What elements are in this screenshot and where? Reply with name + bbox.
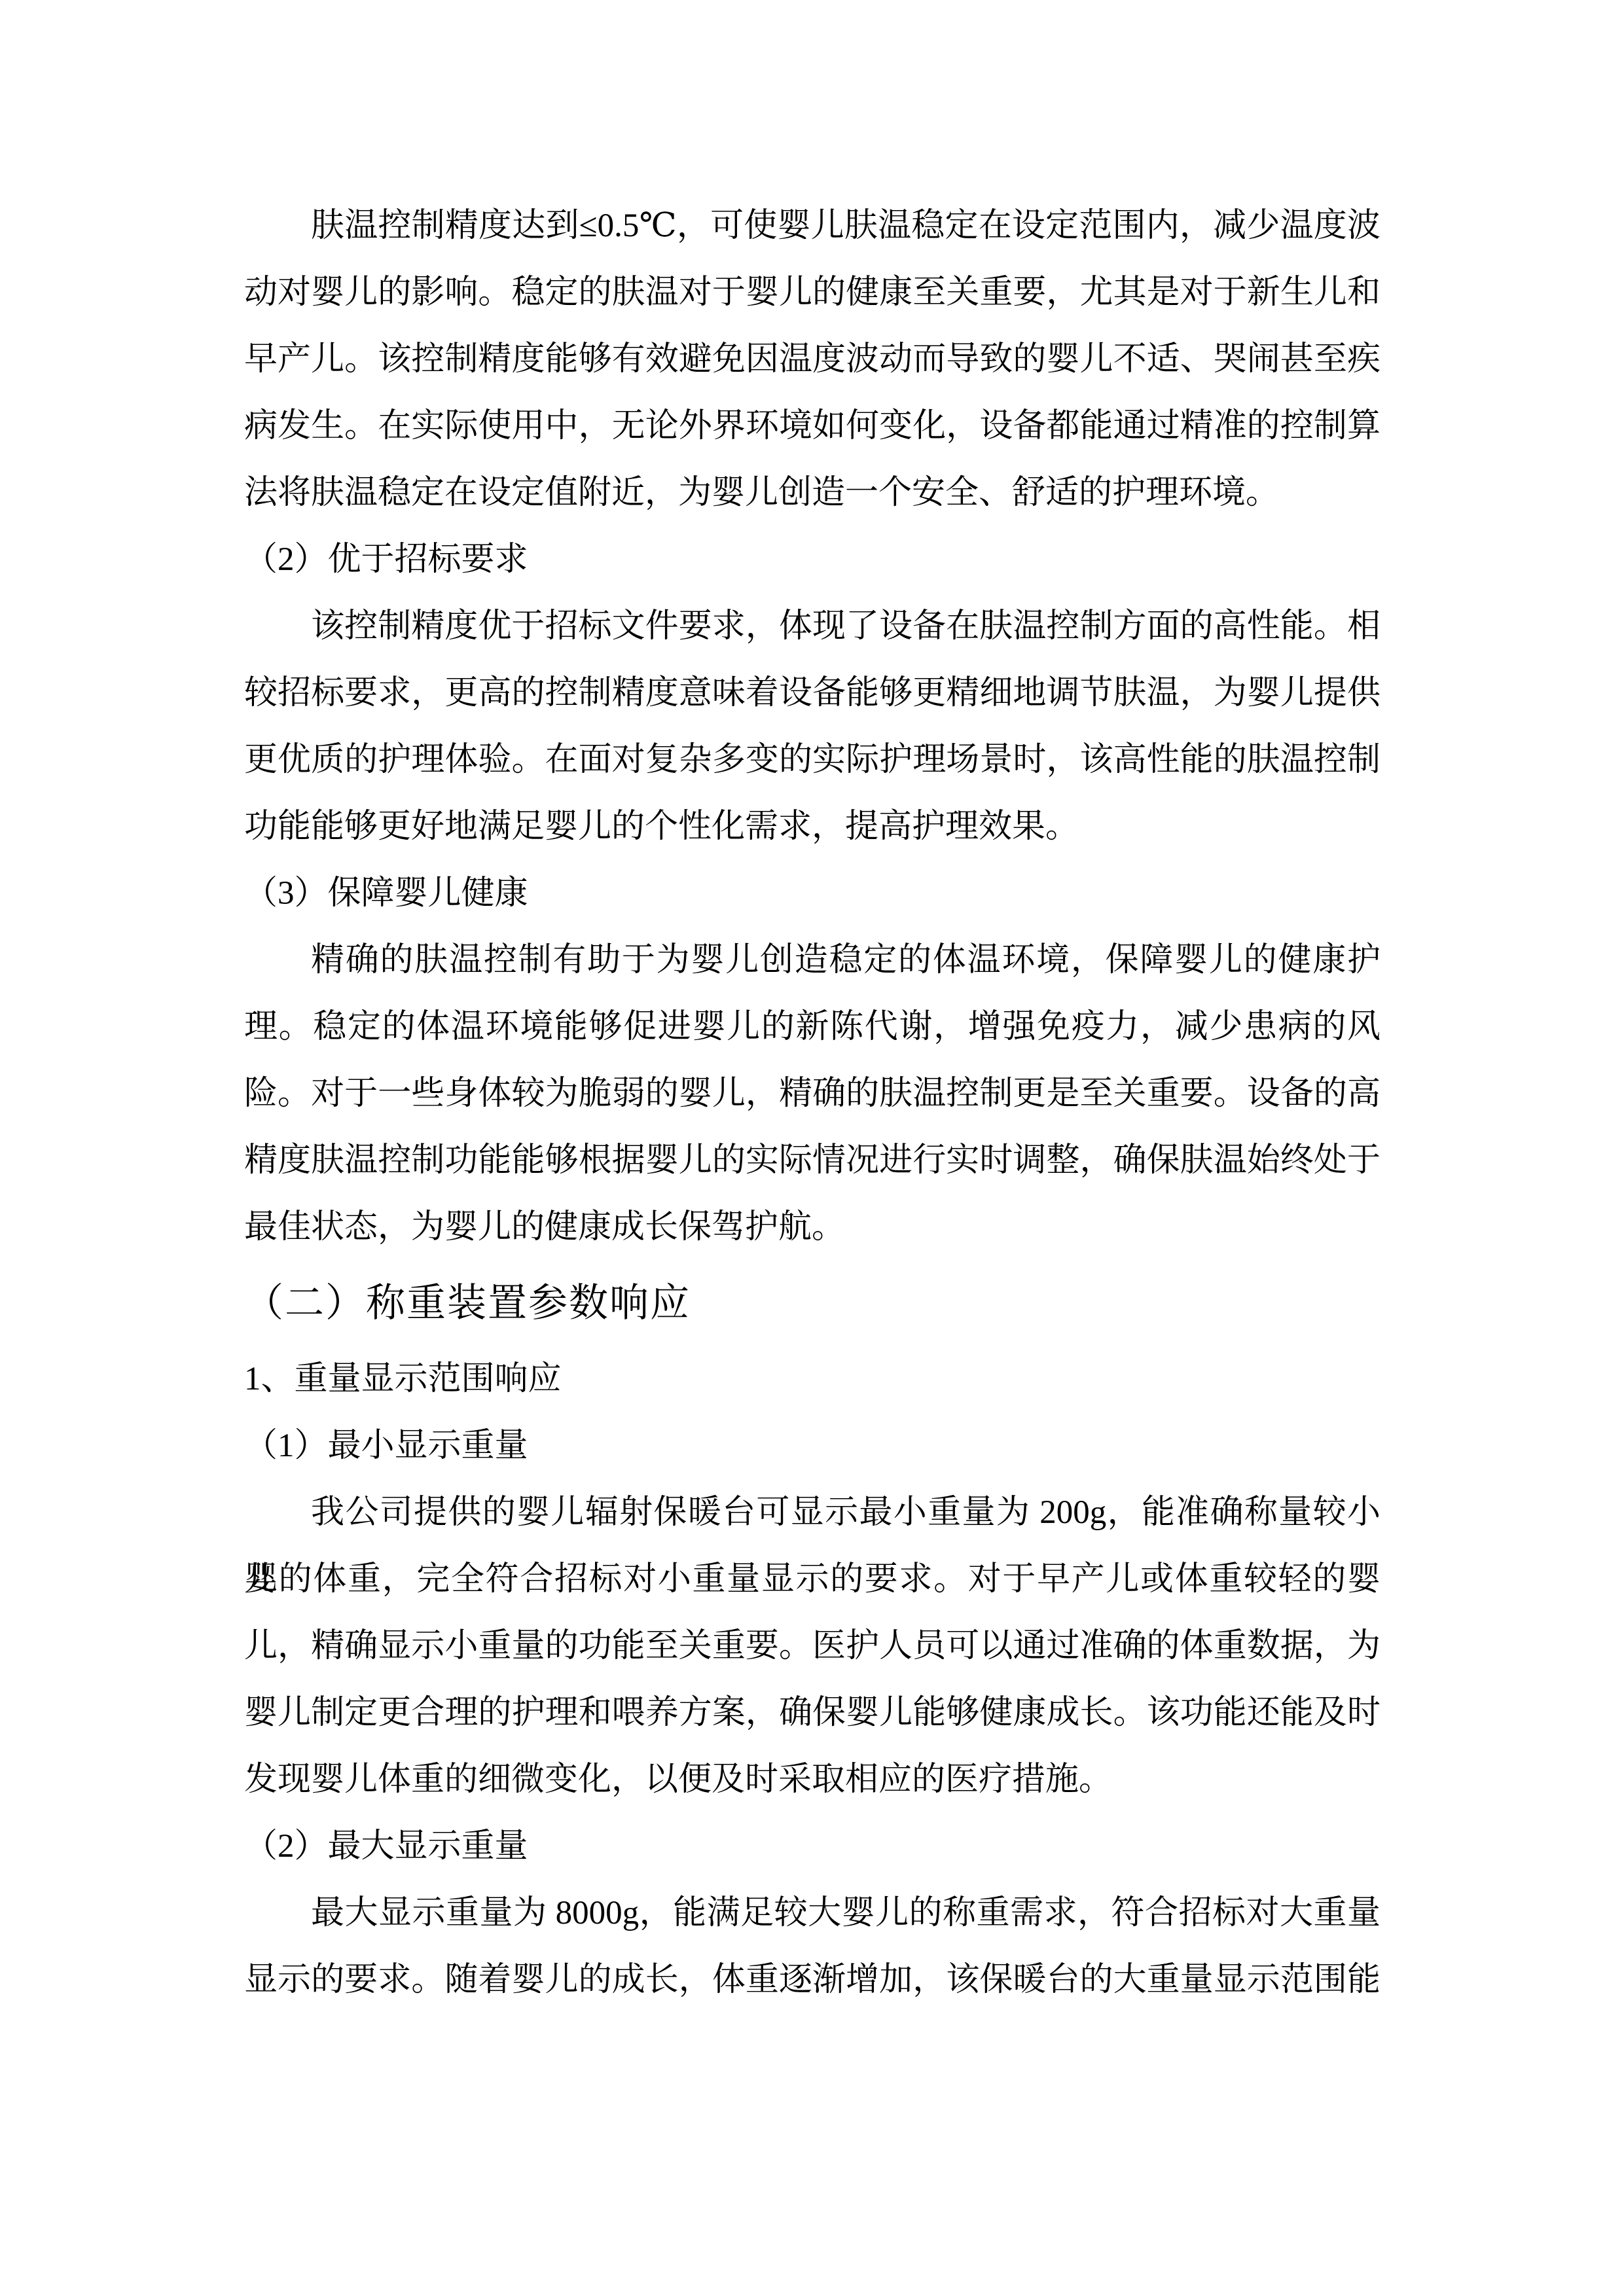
subheading-min-display-weight: （1）最小显示重量 xyxy=(244,1412,1380,1479)
body-line: 病发生。在实际使用中，无论外界环境如何变化，设备都能通过精准的控制算 xyxy=(244,393,1380,459)
body-line: 我公司提供的婴儿辐射保暖台可显示最小重量为 200g，能准确称量较小婴 xyxy=(244,1479,1380,1546)
section-heading-weighing-device: （二）称重装置参数响应 xyxy=(244,1261,1380,1346)
body-line: 儿的体重，完全符合招标对小重量显示的要求。对于早产儿或体重较轻的婴 xyxy=(244,1546,1380,1613)
body-line: 该控制精度优于招标文件要求，体现了设备在肤温控制方面的高性能。相 xyxy=(244,593,1380,660)
body-line: 发现婴儿体重的细微变化，以便及时采取相应的医疗措施。 xyxy=(244,1746,1380,1813)
body-line: 更优质的护理体验。在面对复杂多变的实际护理场景时，该高性能的肤温控制 xyxy=(244,726,1380,793)
body-line: 较招标要求，更高的控制精度意味着设备能够更精细地调节肤温，为婴儿提供 xyxy=(244,660,1380,726)
document-page: 肤温控制精度达到≤0.5℃，可使婴儿肤温稳定在设定范围内，减少温度波 动对婴儿的… xyxy=(0,0,1624,2296)
body-line: 显示的要求。随着婴儿的成长，体重逐渐增加，该保暖台的大重量显示范围能 xyxy=(244,1946,1380,2013)
body-line: 功能能够更好地满足婴儿的个性化需求，提高护理效果。 xyxy=(244,793,1380,860)
body-line: 精度肤温控制功能能够根据婴儿的实际情况进行实时调整，确保肤温始终处于 xyxy=(244,1127,1380,1194)
body-line: 法将肤温稳定在设定值附近，为婴儿创造一个安全、舒适的护理环境。 xyxy=(244,459,1380,526)
body-line: 动对婴儿的影响。稳定的肤温对于婴儿的健康至关重要，尤其是对于新生儿和 xyxy=(244,259,1380,326)
body-line: 险。对于一些身体较为脆弱的婴儿，精确的肤温控制更是至关重要。设备的高 xyxy=(244,1060,1380,1127)
document-text-block: 肤温控制精度达到≤0.5℃，可使婴儿肤温稳定在设定范围内，减少温度波 动对婴儿的… xyxy=(244,192,1380,2013)
body-line: 最佳状态，为婴儿的健康成长保驾护航。 xyxy=(244,1194,1380,1261)
body-line: 最大显示重量为 8000g，能满足较大婴儿的称重需求，符合招标对大重量 xyxy=(244,1880,1380,1946)
body-line: 婴儿制定更合理的护理和喂养方案，确保婴儿能够健康成长。该功能还能及时 xyxy=(244,1679,1380,1746)
body-line: 精确的肤温控制有助于为婴儿创造稳定的体温环境，保障婴儿的健康护 xyxy=(244,927,1380,994)
body-line: 儿，精确显示小重量的功能至关重要。医护人员可以通过准确的体重数据，为 xyxy=(244,1613,1380,1679)
subheading-weight-display-range: 1、重量显示范围响应 xyxy=(244,1346,1380,1412)
subheading-protect-health: （3）保障婴儿健康 xyxy=(244,860,1380,927)
body-line: 肤温控制精度达到≤0.5℃，可使婴儿肤温稳定在设定范围内，减少温度波 xyxy=(244,192,1380,259)
body-line: 早产儿。该控制精度能够有效避免因温度波动而导致的婴儿不适、哭闹甚至疾 xyxy=(244,326,1380,393)
body-line: 理。稳定的体温环境能够促进婴儿的新陈代谢，增强免疫力，减少患病的风 xyxy=(244,994,1380,1060)
subheading-better-than-bid: （2）优于招标要求 xyxy=(244,526,1380,593)
subheading-max-display-weight: （2）最大显示重量 xyxy=(244,1813,1380,1880)
